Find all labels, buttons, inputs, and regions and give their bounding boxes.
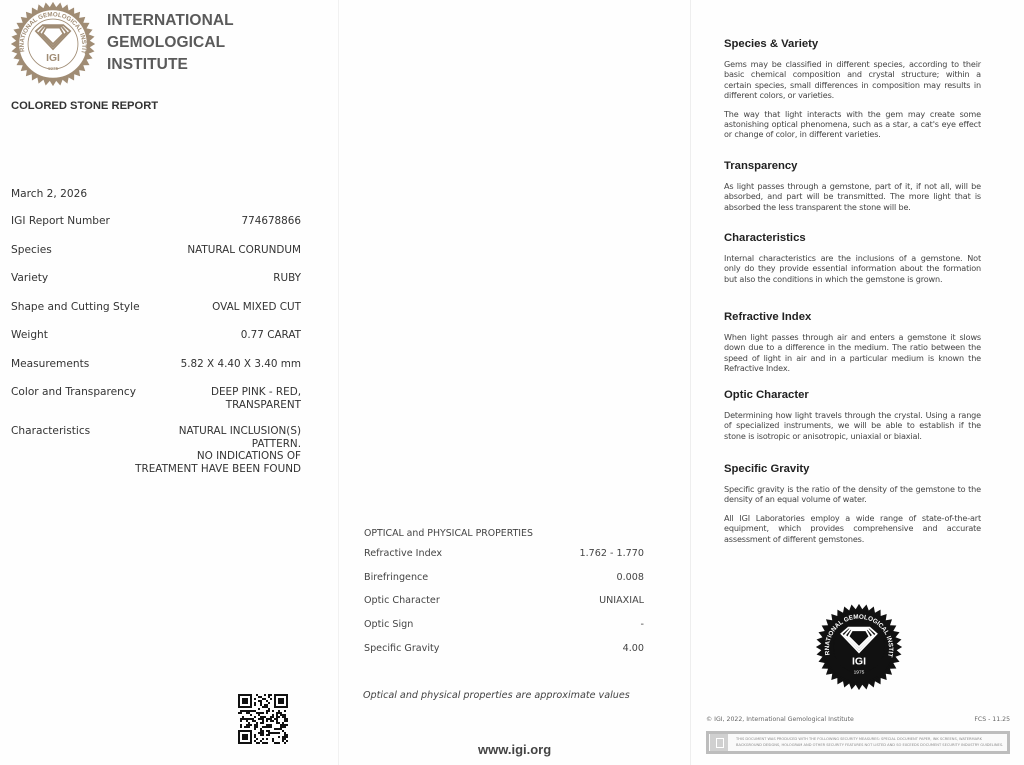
field-value: RUBY — [273, 272, 301, 285]
field-label: Shape and Cutting Style — [11, 301, 140, 313]
glossary-heading: Species & Variety — [724, 38, 981, 50]
institute-name: INTERNATIONAL GEMOLOGICAL INSTITUTE — [107, 10, 234, 76]
property-value: - — [641, 619, 644, 630]
glossary-heading: Optic Character — [724, 389, 981, 401]
field-label: Species — [11, 244, 52, 256]
glossary-paragraph: Determining how light travels through th… — [724, 410, 981, 441]
glossary-paragraph: Gems may be classified in different spec… — [724, 59, 981, 101]
property-value: 0.008 — [617, 572, 644, 583]
glossary-paragraph: The way that light interacts with the ge… — [724, 109, 981, 140]
glossary-heading: Characteristics — [724, 232, 981, 244]
brand-line-3: INSTITUTE — [107, 54, 234, 76]
igi-seal-black-icon: INTERNATIONAL GEMOLOGICAL INSTITUTEIGI19… — [815, 603, 903, 691]
svg-text:1975: 1975 — [48, 66, 59, 72]
glossary-heading: Transparency — [724, 160, 981, 172]
glossary-section: CharacteristicsInternal characteristics … — [724, 232, 981, 292]
qr-code-icon[interactable] — [238, 694, 288, 744]
field-value: NATURAL CORUNDUM — [187, 244, 301, 257]
field-value: 5.82 X 4.40 X 3.40 mm — [181, 358, 301, 371]
form-code: FCS - 11.25 — [974, 716, 1010, 723]
property-label: Birefringence — [364, 572, 428, 583]
glossary-paragraph: All IGI Laboratories employ a wide range… — [724, 513, 981, 544]
glossary-section: TransparencyAs light passes through a ge… — [724, 160, 981, 220]
field-label: Measurements — [11, 358, 89, 370]
field-label: Characteristics — [11, 425, 90, 437]
security-text: THIS DOCUMENT WAS PRODUCED WITH THE FOLL… — [728, 737, 1004, 748]
report-date: March 2, 2026 — [11, 188, 87, 200]
svg-text:IGI: IGI — [852, 656, 866, 668]
field-label: Variety — [11, 272, 48, 284]
glossary-paragraph: Specific gravity is the ratio of the den… — [724, 484, 981, 505]
svg-text:IGI: IGI — [46, 53, 60, 64]
glossary-section: Optic CharacterDetermining how light tra… — [724, 389, 981, 449]
brand-line-2: GEMOLOGICAL — [107, 32, 234, 54]
property-label: Specific Gravity — [364, 643, 439, 654]
glossary-paragraph: As light passes through a gemstone, part… — [724, 181, 981, 212]
field-value: 0.77 CARAT — [241, 329, 301, 342]
property-value: UNIAXIAL — [599, 595, 644, 606]
glossary-heading: Refractive Index — [724, 311, 981, 323]
field-value: 774678866 — [242, 215, 302, 228]
property-value: 1.762 - 1.770 — [580, 548, 645, 559]
properties-note: Optical and physical properties are appr… — [363, 690, 630, 701]
igi-seal-icon: INTERNATIONAL GEMOLOGICAL INSTITUTEIGI19… — [10, 1, 96, 87]
glossary-paragraph: Internal characteristics are the inclusi… — [724, 253, 981, 284]
document-lock-icon — [710, 734, 728, 751]
property-label: Refractive Index — [364, 548, 442, 559]
field-label: Weight — [11, 329, 48, 341]
glossary-section: Specific GravitySpecific gravity is the … — [724, 463, 981, 552]
website-link[interactable]: www.igi.org — [478, 742, 551, 757]
property-value: 4.00 — [623, 643, 644, 654]
glossary-section: Species & VarietyGems may be classified … — [724, 38, 981, 148]
brand-line-1: INTERNATIONAL — [107, 10, 234, 32]
field-value: NATURAL INCLUSION(S) PATTERN. NO INDICAT… — [135, 425, 301, 475]
svg-text:1975: 1975 — [854, 669, 865, 675]
properties-title: OPTICAL and PHYSICAL PROPERTIES — [364, 528, 533, 539]
copyright-text: © IGI, 2022, International Gemological I… — [706, 716, 854, 723]
field-value: OVAL MIXED CUT — [212, 301, 301, 314]
report-type-title: COLORED STONE REPORT — [11, 100, 158, 112]
field-label: Color and Transparency — [11, 386, 136, 398]
field-label: IGI Report Number — [11, 215, 110, 227]
report-front-panel: INTERNATIONAL GEMOLOGICAL INSTITUTEIGI19… — [0, 0, 338, 765]
security-notice: THIS DOCUMENT WAS PRODUCED WITH THE FOLL… — [706, 731, 1010, 754]
glossary-paragraph: When light passes through air and enters… — [724, 332, 981, 374]
glossary-section: Refractive IndexWhen light passes throug… — [724, 311, 981, 382]
field-value: DEEP PINK - RED, TRANSPARENT — [211, 386, 301, 411]
glossary-heading: Specific Gravity — [724, 463, 981, 475]
property-label: Optic Character — [364, 595, 440, 606]
property-label: Optic Sign — [364, 619, 413, 630]
